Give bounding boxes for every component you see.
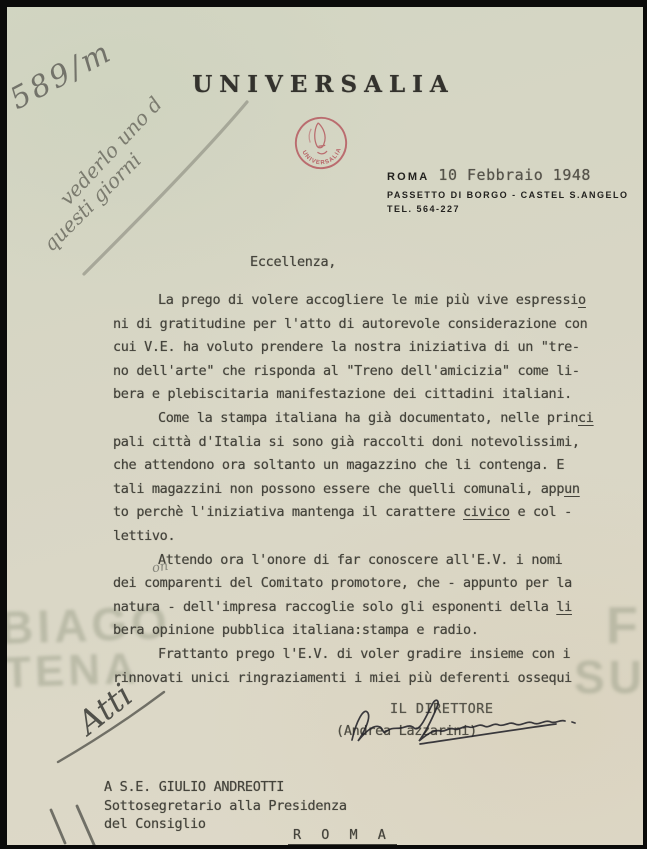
letterhead-phone: TEL. 564-227 (387, 204, 629, 214)
scan-edge-bottom (0, 845, 647, 849)
svg-text:UNIVERSALIA: UNIVERSALIA (300, 145, 345, 170)
scan-edge-top (0, 0, 647, 7)
letter-date: 10 Febbraio 1948 (438, 166, 591, 184)
letter-line: cui V.E. ha voluto prendere la nostra in… (113, 339, 613, 363)
letter-line: lettivo. (113, 528, 613, 552)
letter-line: Come la stampa italiana ha già documenta… (113, 410, 613, 434)
letter-line: tali magazzini non possono essere che qu… (113, 481, 613, 505)
letter-line: bera opinione pubblica italiana:stampa e… (113, 622, 613, 646)
recipient-title: Sottosegretario alla Presidenza (104, 798, 347, 817)
recipient-name: A S.E. GIULIO ANDREOTTI (104, 779, 347, 798)
annotation-correction: on (151, 559, 170, 577)
letter-line: Frattanto prego l'E.V. di voler gradire … (113, 646, 613, 670)
universalia-round-stamp-icon: UNIVERSALIA (288, 110, 354, 176)
closing-typed-name: (Andrea Lazzarini) (336, 723, 477, 739)
scan-edge-right (643, 0, 647, 849)
letter-line: bera e plebiscitaria manifestazione dei … (113, 386, 613, 410)
letter-line: ni di gratitudine per l'atto di autorevo… (113, 316, 613, 340)
letter-line: che attendono ora soltanto un magazzino … (113, 457, 613, 481)
letter-body: La prego di volere accogliere le mie più… (113, 292, 613, 693)
closing-title: IL DIRETTORE (390, 701, 494, 717)
letter-line: no dell'arte" che risponda al "Treno del… (113, 363, 613, 387)
letter-page: BIAGO TENA F SU UNIVERSALIA UNIVERSALIA … (0, 0, 647, 849)
recipient-city: R O M A (288, 827, 397, 845)
letter-line: pali città d'Italia si sono già raccolti… (113, 434, 613, 458)
letter-line: to perchè l'iniziativa mantenga il carat… (113, 504, 613, 528)
salutation: Eccellenza, (250, 254, 336, 270)
letterhead-city-label: ROMA (387, 171, 429, 183)
scan-edge-left (0, 0, 7, 849)
letter-line: rinnovati unici ringraziamenti i miei pi… (113, 670, 613, 694)
letterhead-address-block: ROMA 10 Febbraio 1948 PASSETTO DI BORGO … (387, 166, 629, 214)
letter-line: La prego di volere accogliere le mie più… (113, 292, 613, 316)
letter-line: dei comparenti del Comitato promotore, c… (113, 575, 613, 599)
letterhead-street: PASSETTO DI BORGO - CASTEL S.ANGELO (387, 190, 629, 200)
letter-line: Attendo ora l'onore di far conoscere all… (113, 552, 613, 576)
letter-line: natura - dell'impresa raccoglie solo gli… (113, 599, 613, 623)
